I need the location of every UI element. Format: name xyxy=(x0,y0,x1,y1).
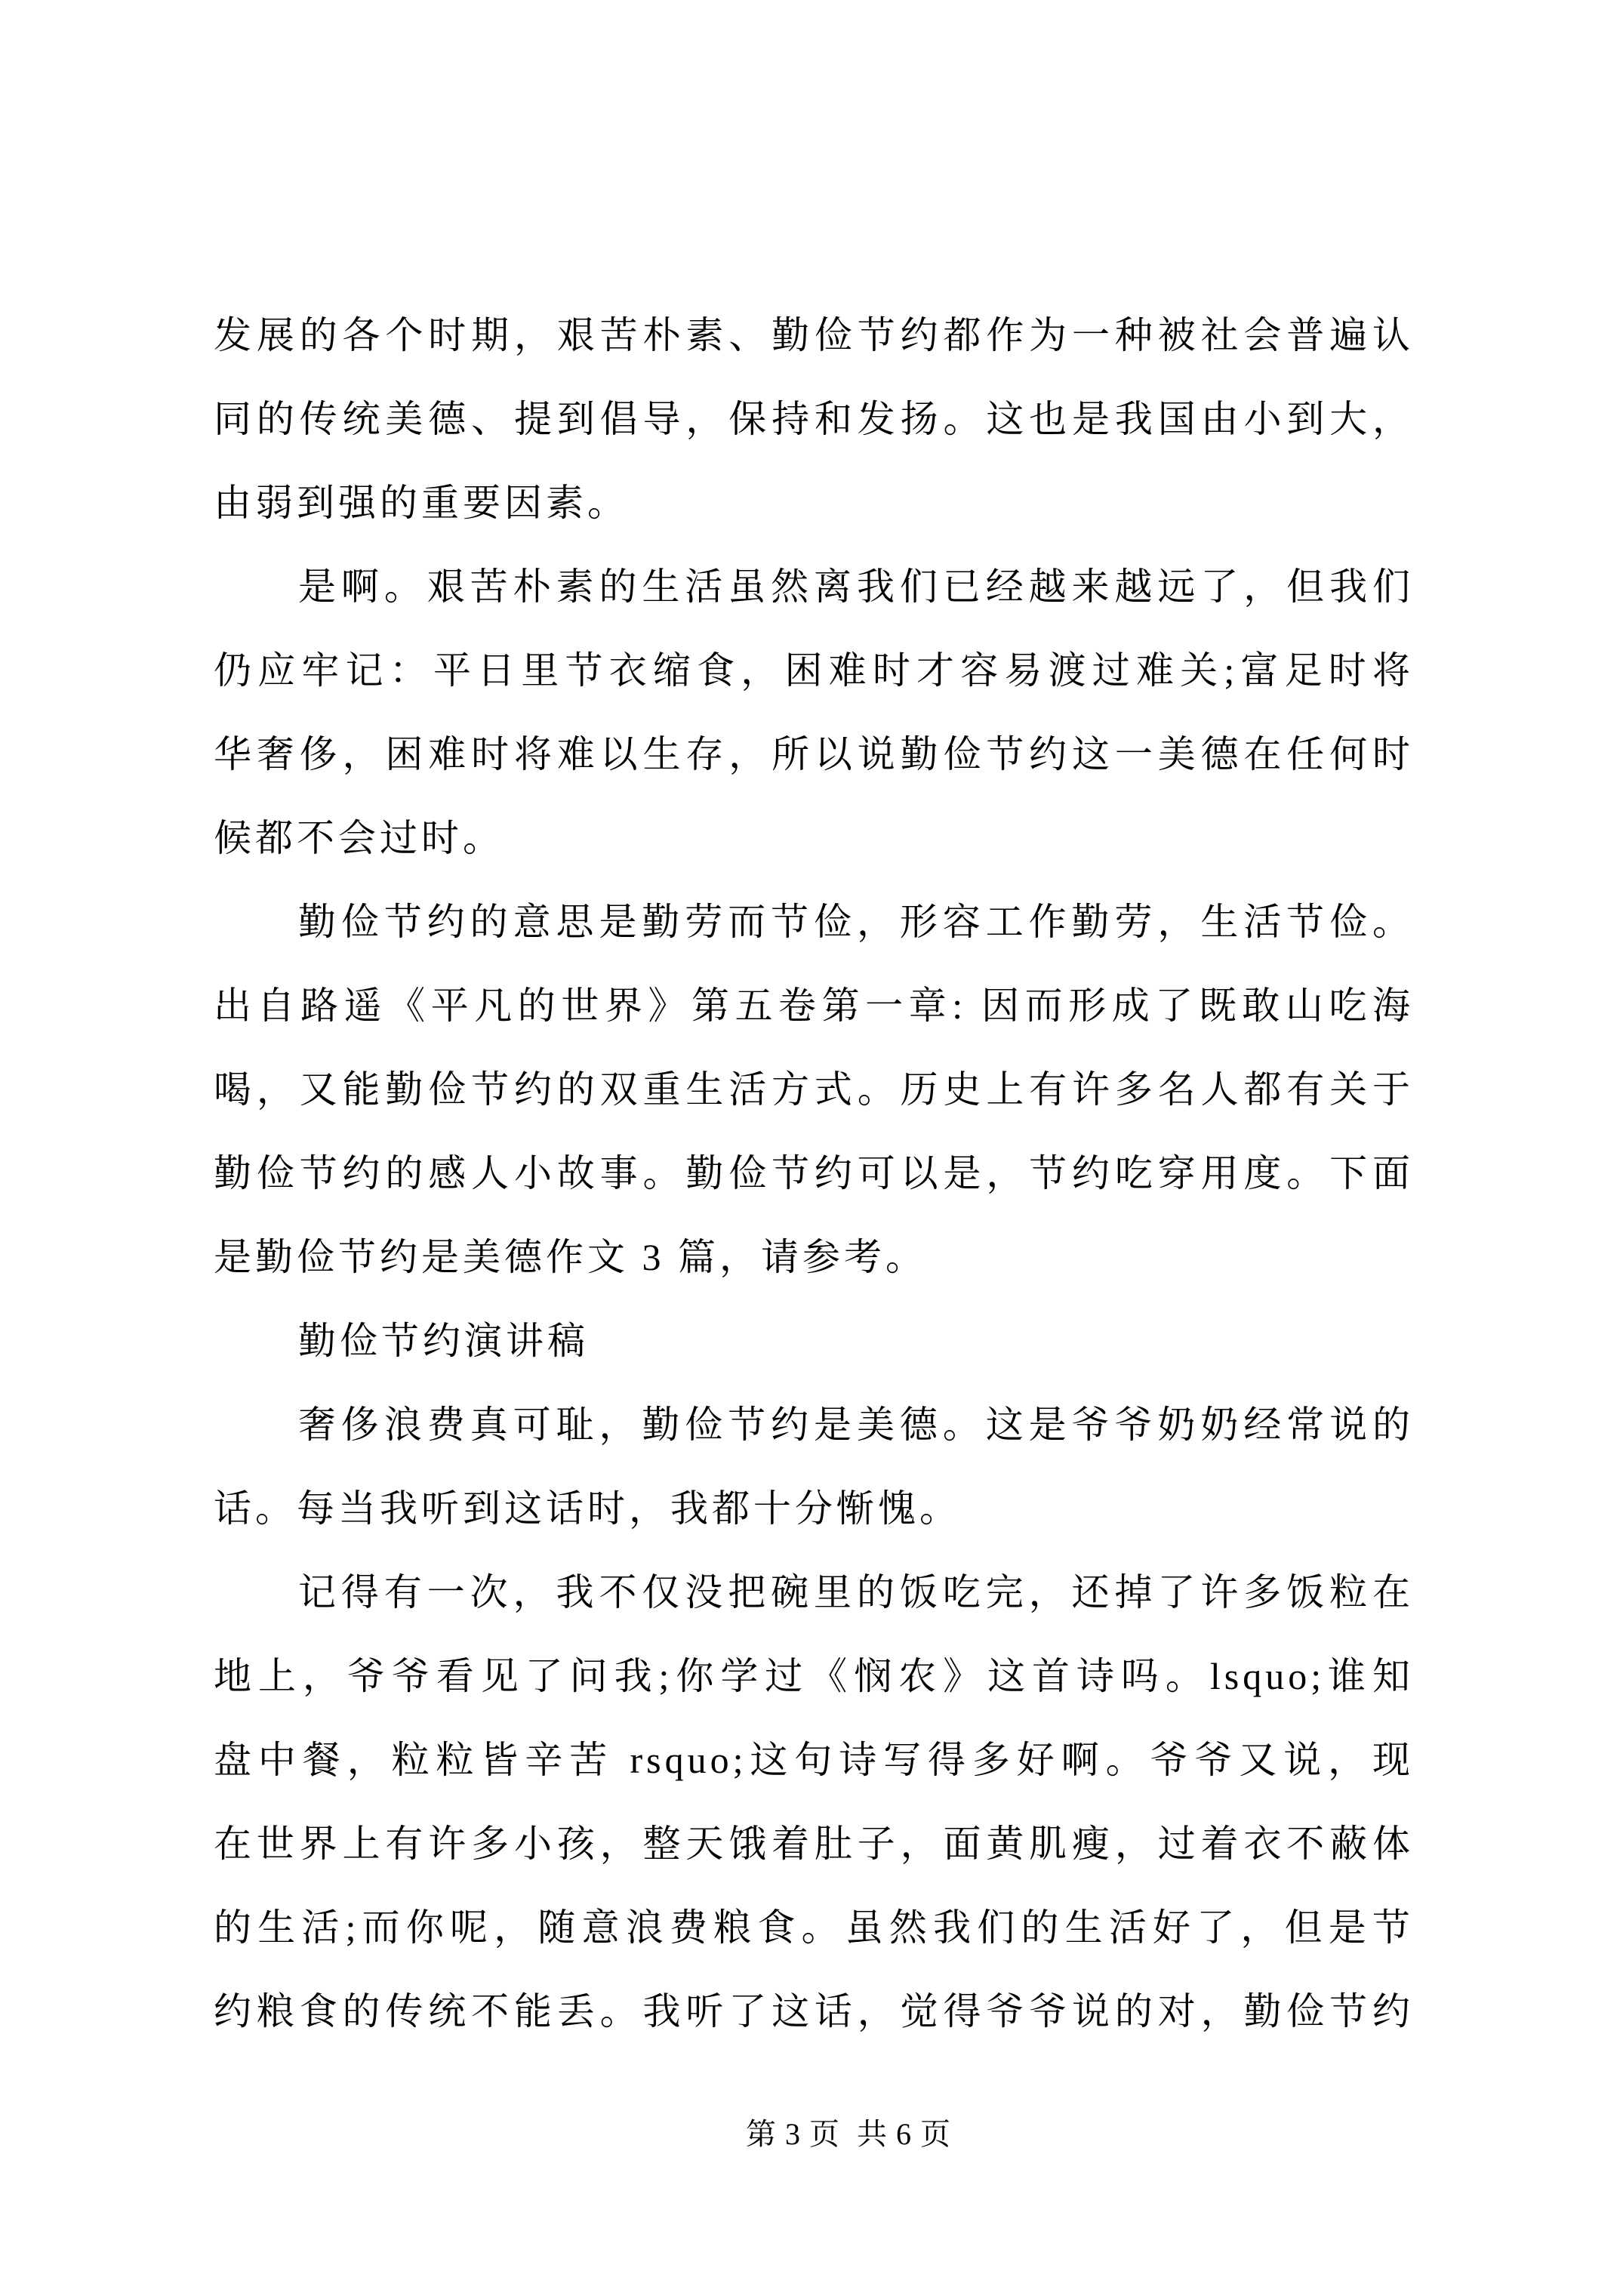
text-line: 发展的各个时期，艰苦朴素、勤俭节约都作为一种被社会普遍认 xyxy=(214,294,1414,378)
text-line: 出自路遥《平凡的世界》第五卷第一章: 因而形成了既敢山吃海 xyxy=(214,964,1414,1048)
document-page: 发展的各个时期，艰苦朴素、勤俭节约都作为一种被社会普遍认同的传统美德、提到倡导，… xyxy=(0,0,1623,2296)
text-line: 勤俭节约的感人小故事。勤俭节约可以是，节约吃穿用度。下面 xyxy=(214,1132,1414,1216)
text-line: 地上，爷爷看见了问我;你学过《悯农》这首诗吗。lsquo;谁知 xyxy=(214,1635,1414,1718)
text-line: 是啊。艰苦朴素的生活虽然离我们已经越来越远了，但我们 xyxy=(214,545,1414,629)
text-line: 在世界上有许多小孩，整天饿着肚子，面黄肌瘦，过着衣不蔽体 xyxy=(214,1802,1414,1886)
text-line: 的生活;而你呢，随意浪费粮食。虽然我们的生活好了，但是节 xyxy=(214,1886,1414,1970)
text-line: 记得有一次，我不仅没把碗里的饭吃完，还掉了许多饭粒在 xyxy=(214,1551,1414,1635)
text-line: 同的传统美德、提到倡导，保持和发扬。这也是我国由小到大， xyxy=(214,378,1414,461)
text-line: 由弱到强的重要因素。 xyxy=(214,461,1414,545)
text-line: 喝，又能勤俭节约的双重生活方式。历史上有许多名人都有关于 xyxy=(214,1048,1414,1132)
text-line: 话。每当我听到这话时，我都十分惭愧。 xyxy=(214,1467,1414,1551)
text-line: 约粮食的传统不能丢。我听了这话，觉得爷爷说的对，勤俭节约 xyxy=(214,1970,1414,2054)
text-block: 发展的各个时期，艰苦朴素、勤俭节约都作为一种被社会普遍认同的传统美德、提到倡导，… xyxy=(214,294,1414,2054)
text-line: 勤俭节约的意思是勤劳而节俭，形容工作勤劳，生活节俭。 xyxy=(214,880,1414,964)
text-line: 仍应牢记：平日里节衣缩食，困难时才容易渡过难关;富足时将 xyxy=(214,629,1414,713)
text-line: 是勤俭节约是美德作文 3 篇，请参考。 xyxy=(214,1216,1414,1299)
text-line: 华奢侈，困难时将难以生存，所以说勤俭节约这一美德在任何时 xyxy=(214,713,1414,797)
text-line: 勤俭节约演讲稿 xyxy=(214,1299,1414,1383)
text-line: 盘中餐，粒粒皆辛苦 rsquo;这句诗写得多好啊。爷爷又说，现 xyxy=(214,1718,1414,1802)
text-line: 奢侈浪费真可耻，勤俭节约是美德。这是爷爷奶奶经常说的 xyxy=(214,1383,1414,1467)
text-line: 候都不会过时。 xyxy=(214,797,1414,880)
page-number-footer: 第 3 页 共 6 页 xyxy=(746,2116,951,2153)
